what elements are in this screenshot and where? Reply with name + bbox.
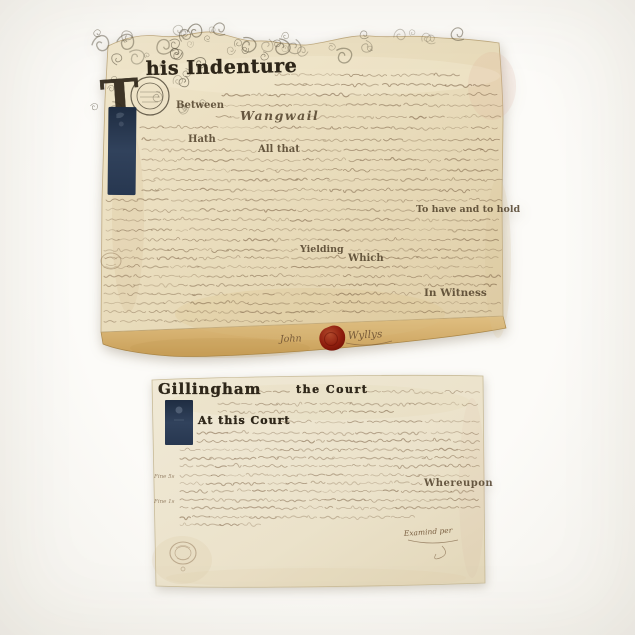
signature-first-name: John: [278, 333, 302, 345]
bottom-document-court-copy: Gillingham the Court At this Court Where…: [140, 368, 496, 594]
margin-note-2: Fine 1s: [153, 499, 175, 505]
keyword-in-witness: In Witness: [424, 287, 487, 299]
heading-gillingham: Gillingham: [158, 380, 262, 398]
heading-text: his Indenture: [146, 55, 298, 80]
keyword-to-have-and-to-hold: To have and to hold: [416, 204, 520, 215]
keyword-the-court: the Court: [296, 383, 368, 396]
photo-backdrop: T his Indenture Between Wangwail Hath Al…: [0, 0, 635, 635]
ornament-curl: [90, 103, 98, 111]
keyword-all-that: All that: [257, 144, 300, 155]
margin-note-1: Fine 5s: [153, 474, 175, 480]
keyword-place-name: Wangwail: [240, 108, 319, 123]
keyword-between: Between: [176, 100, 225, 111]
keyword-hath: Hath: [188, 134, 217, 145]
keyword-which: Which: [347, 253, 384, 264]
keyword-whereupon: Whereupon: [423, 478, 493, 489]
signature-surname: Wyllys: [348, 328, 384, 342]
top-document-indenture: T his Indenture Between Wangwail Hath Al…: [70, 18, 530, 370]
ornament-curl: [90, 34, 110, 52]
keyword-yielding: Yielding: [299, 244, 344, 255]
blue-duty-stamp: [165, 400, 193, 445]
ornament-curl: [408, 29, 416, 37]
blue-duty-stamp: [108, 107, 137, 195]
keyword-at-this-court: At this Court: [197, 414, 291, 427]
